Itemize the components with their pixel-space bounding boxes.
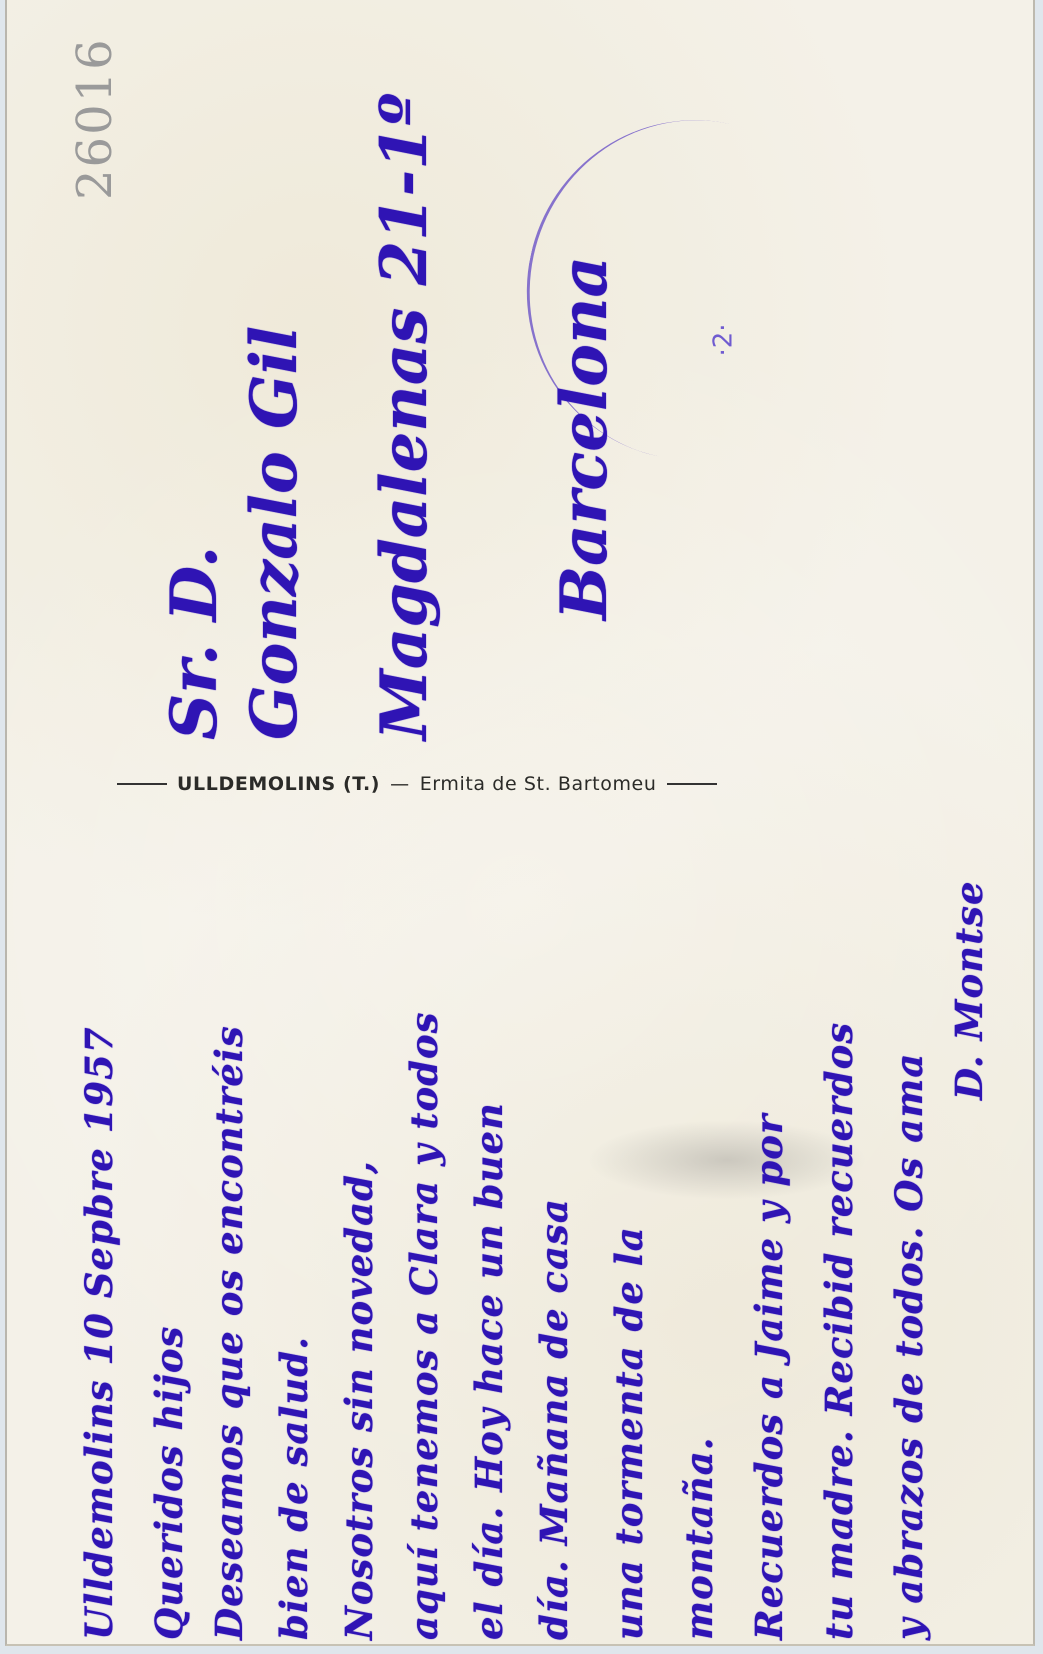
message-line-2: Queridos hijos	[147, 1326, 191, 1640]
postmark-mark: ·2·	[709, 323, 739, 356]
caption-place: ULLDEMOLINS (T.)	[177, 773, 380, 795]
archive-number: 26016	[67, 37, 123, 200]
message-line-4: bien de salud.	[272, 1336, 316, 1640]
address-line-2: Gonzalo Gil	[237, 326, 312, 740]
message-line-12: tu madre. Recibid recuerdos	[817, 1022, 861, 1640]
message-line-13: y abrazos de todos. Os ama	[887, 1053, 931, 1640]
caption-rule-right	[667, 783, 717, 785]
message-line-6: aquí tenemos a Clara y todos	[402, 1011, 446, 1640]
address-line-4: Barcelona	[547, 256, 622, 620]
address-line-3: Magdalenas 21-1º	[367, 93, 442, 740]
message-line-8: día. Mañana de casa	[532, 1198, 576, 1640]
message-line-3: Deseamos que os encontréis	[207, 1025, 251, 1640]
message-line-1: Ulldemolins 10 Sepbre 1957	[77, 1026, 121, 1640]
message-line-10: montaña.	[677, 1436, 721, 1640]
caption-subject: Ermita de St. Bartomeu	[420, 773, 657, 795]
postcard-back: 26016 ·2· Sr. D. Gonzalo Gil Magdalenas …	[5, 0, 1035, 1646]
address-line-1: Sr. D.	[157, 546, 232, 740]
message-line-11: Recuerdos a Jaime y por	[747, 1114, 791, 1640]
caption-rule-left	[117, 783, 167, 785]
message-line-7: el día. Hoy hace un buen	[467, 1102, 511, 1640]
message-line-5: Nosotros sin novedad,	[337, 1160, 381, 1640]
printed-caption: ULLDEMOLINS (T.) — Ermita de St. Bartome…	[117, 773, 917, 795]
message-line-14: D. Montse	[947, 880, 991, 1100]
caption-separator: —	[390, 773, 410, 795]
message-line-9: una tormenta de la	[607, 1226, 651, 1640]
